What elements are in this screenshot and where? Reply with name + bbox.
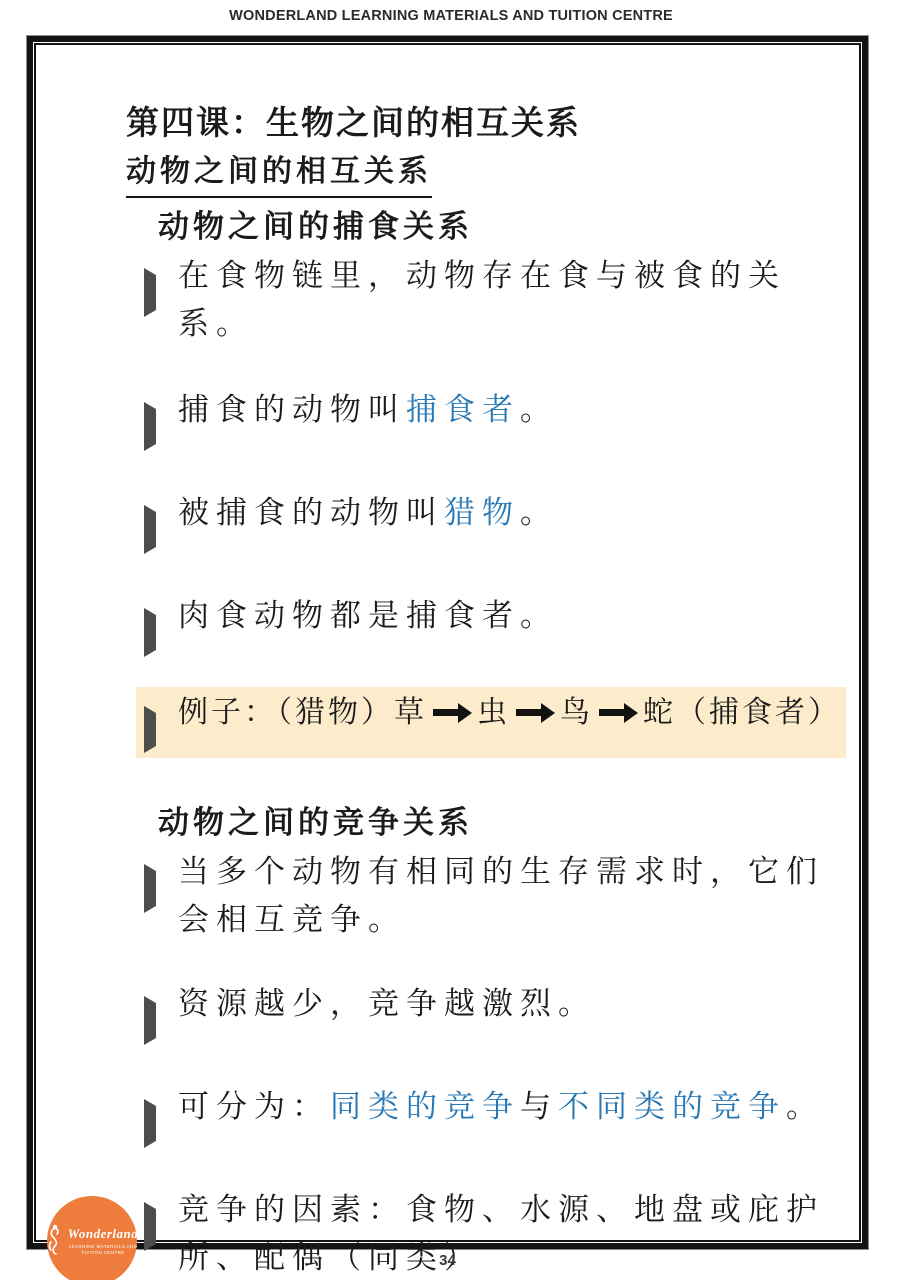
page-border-inner-line: 第四课：生物之间的相互关系 动物之间的相互关系 动物之间的捕食关系 在食物链里，… xyxy=(34,43,861,1242)
arrow-bullet-icon xyxy=(144,706,156,753)
item-text: 被捕食的动物叫猎物。 xyxy=(178,489,849,537)
item-text: 资源越少，竞争越激烈。 xyxy=(178,980,849,1028)
example-part: 虫 xyxy=(477,696,510,729)
wonderland-logo: Wonderland LEARNING MATERIALS AND TUITIO… xyxy=(47,1196,137,1280)
competition-heading-label: 动物之间的竞争关系 xyxy=(158,800,473,846)
competition-item-resources: 资源越少，竞争越激烈。 xyxy=(144,980,849,1045)
item-text-plain: 。 xyxy=(786,1089,824,1124)
term-predator: 捕食者 xyxy=(406,392,520,427)
item-text: 当多个动物有相同的生存需求时，它们会相互竞争。 xyxy=(178,848,849,944)
predation-heading-label: 动物之间的捕食关系 xyxy=(158,204,473,250)
predation-item-predator: 捕食的动物叫捕食者。 xyxy=(144,386,849,451)
arrow-bullet-icon xyxy=(144,402,156,451)
item-text-plain: 与 xyxy=(520,1089,558,1124)
document-page: WONDERLAND LEARNING MATERIALS AND TUITIO… xyxy=(0,0,902,1280)
arrow-bullet-icon xyxy=(144,1202,156,1251)
term-prey: 猎物 xyxy=(444,495,520,530)
example-part: 例子：（猎物）草 xyxy=(178,696,427,729)
right-arrow-icon xyxy=(433,709,459,716)
arrow-bullet-icon xyxy=(144,608,156,657)
competition-section-heading: 动物之间的竞争关系 xyxy=(126,800,849,846)
site-header-title: WONDERLAND LEARNING MATERIALS AND TUITIO… xyxy=(0,8,902,24)
item-text-plain: 。 xyxy=(520,495,558,530)
page-number: 34 xyxy=(27,1252,868,1269)
term-different-species-competition: 不同类的竞争 xyxy=(558,1089,786,1124)
arrow-bullet-icon xyxy=(144,505,156,554)
item-text: 捕食的动物叫捕食者。 xyxy=(178,386,849,434)
right-arrow-icon xyxy=(599,709,625,716)
example-part: 鸟 xyxy=(560,696,593,729)
predation-example-highlighted: 例子：（猎物）草虫鸟蛇（捕食者） xyxy=(136,687,846,758)
predation-item-carnivore: 肉食动物都是捕食者。 xyxy=(144,592,849,657)
item-text-plain: 捕食的动物叫 xyxy=(178,392,406,427)
page-content: 第四课：生物之间的相互关系 动物之间的相互关系 动物之间的捕食关系 在食物链里，… xyxy=(36,45,859,1280)
arrow-bullet-icon xyxy=(144,996,156,1045)
item-text: 在食物链里，动物存在食与被食的关系。 xyxy=(178,252,849,348)
item-text-plain: 。 xyxy=(520,392,558,427)
competition-item-types: 可分为：同类的竞争与不同类的竞争。 xyxy=(144,1083,849,1148)
item-text: 肉食动物都是捕食者。 xyxy=(178,592,849,640)
logo-tagline-line2: TUITION CENTRE xyxy=(68,1250,139,1256)
item-text-plain: 可分为： xyxy=(178,1089,330,1124)
predation-section-heading: 动物之间的捕食关系 xyxy=(126,204,849,250)
arrow-bullet-icon xyxy=(144,268,156,317)
item-text-plain: 被捕食的动物叫 xyxy=(178,495,444,530)
page-border-frame: 第四课：生物之间的相互关系 动物之间的相互关系 动物之间的捕食关系 在食物链里，… xyxy=(27,36,868,1249)
arrow-bullet-icon xyxy=(144,864,156,913)
right-arrow-icon xyxy=(516,709,542,716)
logo-wordmark: Wonderland xyxy=(68,1226,139,1242)
page-title: 第四课：生物之间的相互关系 xyxy=(126,103,849,145)
term-same-species-competition: 同类的竞争 xyxy=(330,1089,520,1124)
item-text: 可分为：同类的竞争与不同类的竞争。 xyxy=(178,1083,849,1131)
example-food-chain: 例子：（猎物）草虫鸟蛇（捕食者） xyxy=(178,689,841,737)
page-subtitle: 动物之间的相互关系 xyxy=(126,151,432,198)
competition-item-needs: 当多个动物有相同的生存需求时，它们会相互竞争。 xyxy=(144,848,849,944)
example-part: 蛇（捕食者） xyxy=(643,696,841,729)
predation-item-food-chain: 在食物链里，动物存在食与被食的关系。 xyxy=(144,252,849,348)
logo-tagline: LEARNING MATERIALS AND TUITION CENTRE xyxy=(68,1244,139,1256)
predation-item-prey: 被捕食的动物叫猎物。 xyxy=(144,489,849,554)
logo-mascot-icon xyxy=(46,1224,64,1258)
arrow-bullet-icon xyxy=(144,1099,156,1148)
subtitle-row: 动物之间的相互关系 xyxy=(126,151,849,198)
